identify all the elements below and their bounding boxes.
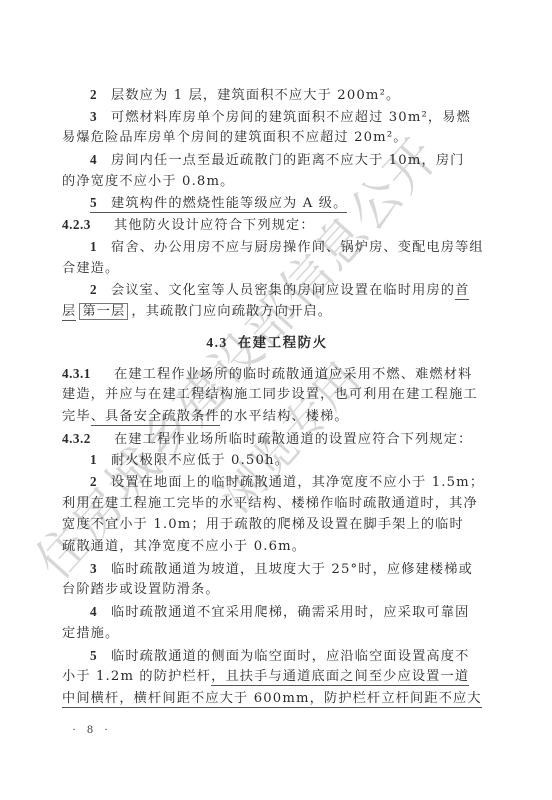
- item-text: 房间内任一点至最近疏散门的距离不应大于 10m，房门: [111, 153, 465, 168]
- item-text: ，其疏散门应向疏散方向开启。: [131, 304, 332, 319]
- clause-4-2-3: 4.2.3其他防火设计应符合下列规定：: [62, 214, 472, 236]
- clause-continuation: 建造，并应与在建工程结构施工同步设置，也可利用在建工程施工: [62, 384, 472, 406]
- clause-4-3-1: 4.3.1在建工程作业场所的临时疏散通道应采用不燃、难燃材料: [62, 363, 472, 385]
- item-number: 5: [90, 645, 106, 667]
- item-number: 2: [90, 84, 106, 106]
- list-item-continuation: 利用在建工程施工完毕的水平结构、楼梯作临时疏散通道时，其净: [62, 493, 472, 515]
- list-item-continuation: 的净宽度不应小于 0.8m。: [62, 171, 472, 193]
- item-text: 层数应为 1 层，建筑面积不应大于 200m²。: [111, 88, 400, 103]
- item-text: 临时疏散通道不宜采用爬梯，确需采用时，应采取可靠固: [111, 605, 469, 620]
- item-number: 1: [90, 236, 106, 258]
- list-item: 3临时疏散通道为坡道，且坡度大于 25°时，应修建楼梯或: [62, 558, 472, 580]
- list-item-continuation: 层第一层，其疏散门应向疏散方向开启。: [62, 301, 472, 323]
- clause-text: 其他防火设计应符合下列规定：: [114, 218, 315, 233]
- revision-underline: 中间横杆，横杆间距不应大于 600mm，防护栏杆立杆间距不应大: [62, 691, 482, 708]
- item-number: 5: [90, 192, 106, 214]
- clause-4-3-2: 4.3.2在建工程作业场所临时疏散通道的设置应符合下列规定：: [62, 428, 472, 450]
- item-text: 临时疏散通道的侧面为临空面时，应沿临空面设置高度不: [111, 649, 469, 664]
- clause-text: 在建工程作业场所的临时疏散通道应采用不燃、难燃材料: [114, 367, 472, 382]
- item-number: 3: [90, 558, 106, 580]
- item-text: 会议室、文化室等人员密集的房间应设置在临时用房的: [111, 283, 455, 298]
- item-number: 4: [90, 601, 106, 623]
- clause-number: 4.3.1: [62, 363, 106, 385]
- list-item-continuation: 宽度不宜小于 1.0m；用于疏散的爬梯及设置在脚手架上的临时: [62, 514, 472, 536]
- item-number: 1: [90, 449, 106, 471]
- page-number: · 8 ·: [72, 722, 112, 737]
- clause-number: 4.2.3: [62, 214, 106, 236]
- clause-text: 的水平结构、楼梯。: [220, 409, 349, 424]
- section-heading: 4.3在建工程防火: [62, 323, 472, 357]
- revision-underline: 首: [455, 283, 469, 300]
- clause-continuation: 完毕、具备安全疏散条件的水平结构、楼梯。: [62, 406, 472, 428]
- item-text: 可燃材料库房单个房间的建筑面积不应超过 30m²，易燃: [111, 110, 471, 125]
- revision-underline: 层: [62, 304, 76, 321]
- revision-underline: 、具备安全疏散条件: [91, 409, 220, 426]
- list-item-continuation: 定措施。: [62, 623, 472, 645]
- item-text: 宿舍、办公用房不应与厨房操作间、锅炉房、变配电房等组: [111, 240, 484, 255]
- list-item-continuation: 小于 1.2m 的防护栏杆，且扶手与通道底面之间至少应设置一道: [62, 666, 472, 688]
- item-text: 小于 1.2m 的防护栏杆: [62, 669, 211, 684]
- revision-underline: 5建筑构件的燃烧性能等级应为 A 级。: [90, 196, 347, 213]
- clause-number: 4.3.2: [62, 428, 106, 450]
- section-number: 4.3: [206, 335, 227, 350]
- item-number: 2: [90, 471, 106, 493]
- revision-underline: ，且扶手与通道底面之间至少应设置一道: [211, 669, 469, 686]
- revision-box: 第一层: [79, 303, 128, 320]
- list-item: 1宿舍、办公用房不应与厨房操作间、锅炉房、变配电房等组: [62, 236, 472, 258]
- item-text: 建筑构件的燃烧性能等级应为 A 级。: [111, 196, 347, 211]
- item-number: 2: [90, 279, 106, 301]
- item-number: 3: [90, 106, 106, 128]
- list-item: 2层数应为 1 层，建筑面积不应大于 200m²。: [62, 84, 472, 106]
- item-text: 设置在地面上的临时疏散通道，其净宽度不应小于 1.5m；: [111, 475, 484, 490]
- list-item-continuation: 疏散通道，其净宽度不应小于 0.6m。: [62, 536, 472, 558]
- item-number: 4: [90, 149, 106, 171]
- item-text: 临时疏散通道为坡道，且坡度大于 25°时，应修建楼梯或: [111, 562, 473, 577]
- list-item: 5临时疏散通道的侧面为临空面时，应沿临空面设置高度不: [62, 645, 472, 667]
- section-title: 在建工程防火: [238, 335, 328, 351]
- item-text: 耐火极限不应低于 0.50h。: [111, 453, 289, 468]
- list-item: 4临时疏散通道不宜采用爬梯，确需采用时，应采取可靠固: [62, 601, 472, 623]
- clause-text: 完毕: [62, 409, 91, 424]
- list-item-continuation: 中间横杆，横杆间距不应大于 600mm，防护栏杆立杆间距不应大: [62, 688, 472, 710]
- list-item: 1耐火极限不应低于 0.50h。: [62, 449, 472, 471]
- clause-text: 在建工程作业场所临时疏散通道的设置应符合下列规定：: [114, 432, 472, 447]
- list-item: 2会议室、文化室等人员密集的房间应设置在临时用房的首: [62, 279, 472, 301]
- list-item-continuation: 台阶踏步或设置防滑条。: [62, 579, 472, 601]
- list-item: 2设置在地面上的临时疏散通道，其净宽度不应小于 1.5m；: [62, 471, 472, 493]
- list-item-continuation: 合建造。: [62, 258, 472, 280]
- list-item: 4房间内任一点至最近疏散门的距离不应大于 10m，房门: [62, 149, 472, 171]
- page-content: 2层数应为 1 层，建筑面积不应大于 200m²。 3可燃材料库房单个房间的建筑…: [62, 84, 472, 710]
- document-page: 住房城乡建设部信息公开 浏览专用 2层数应为 1 层，建筑面积不应大于 200m…: [0, 0, 552, 800]
- list-item: 3可燃材料库房单个房间的建筑面积不应超过 30m²，易燃: [62, 106, 472, 128]
- list-item-continuation: 易爆危险品库房单个房间的建筑面积不应超过 20m²。: [62, 127, 472, 149]
- list-item-revised: 5建筑构件的燃烧性能等级应为 A 级。: [62, 192, 472, 214]
